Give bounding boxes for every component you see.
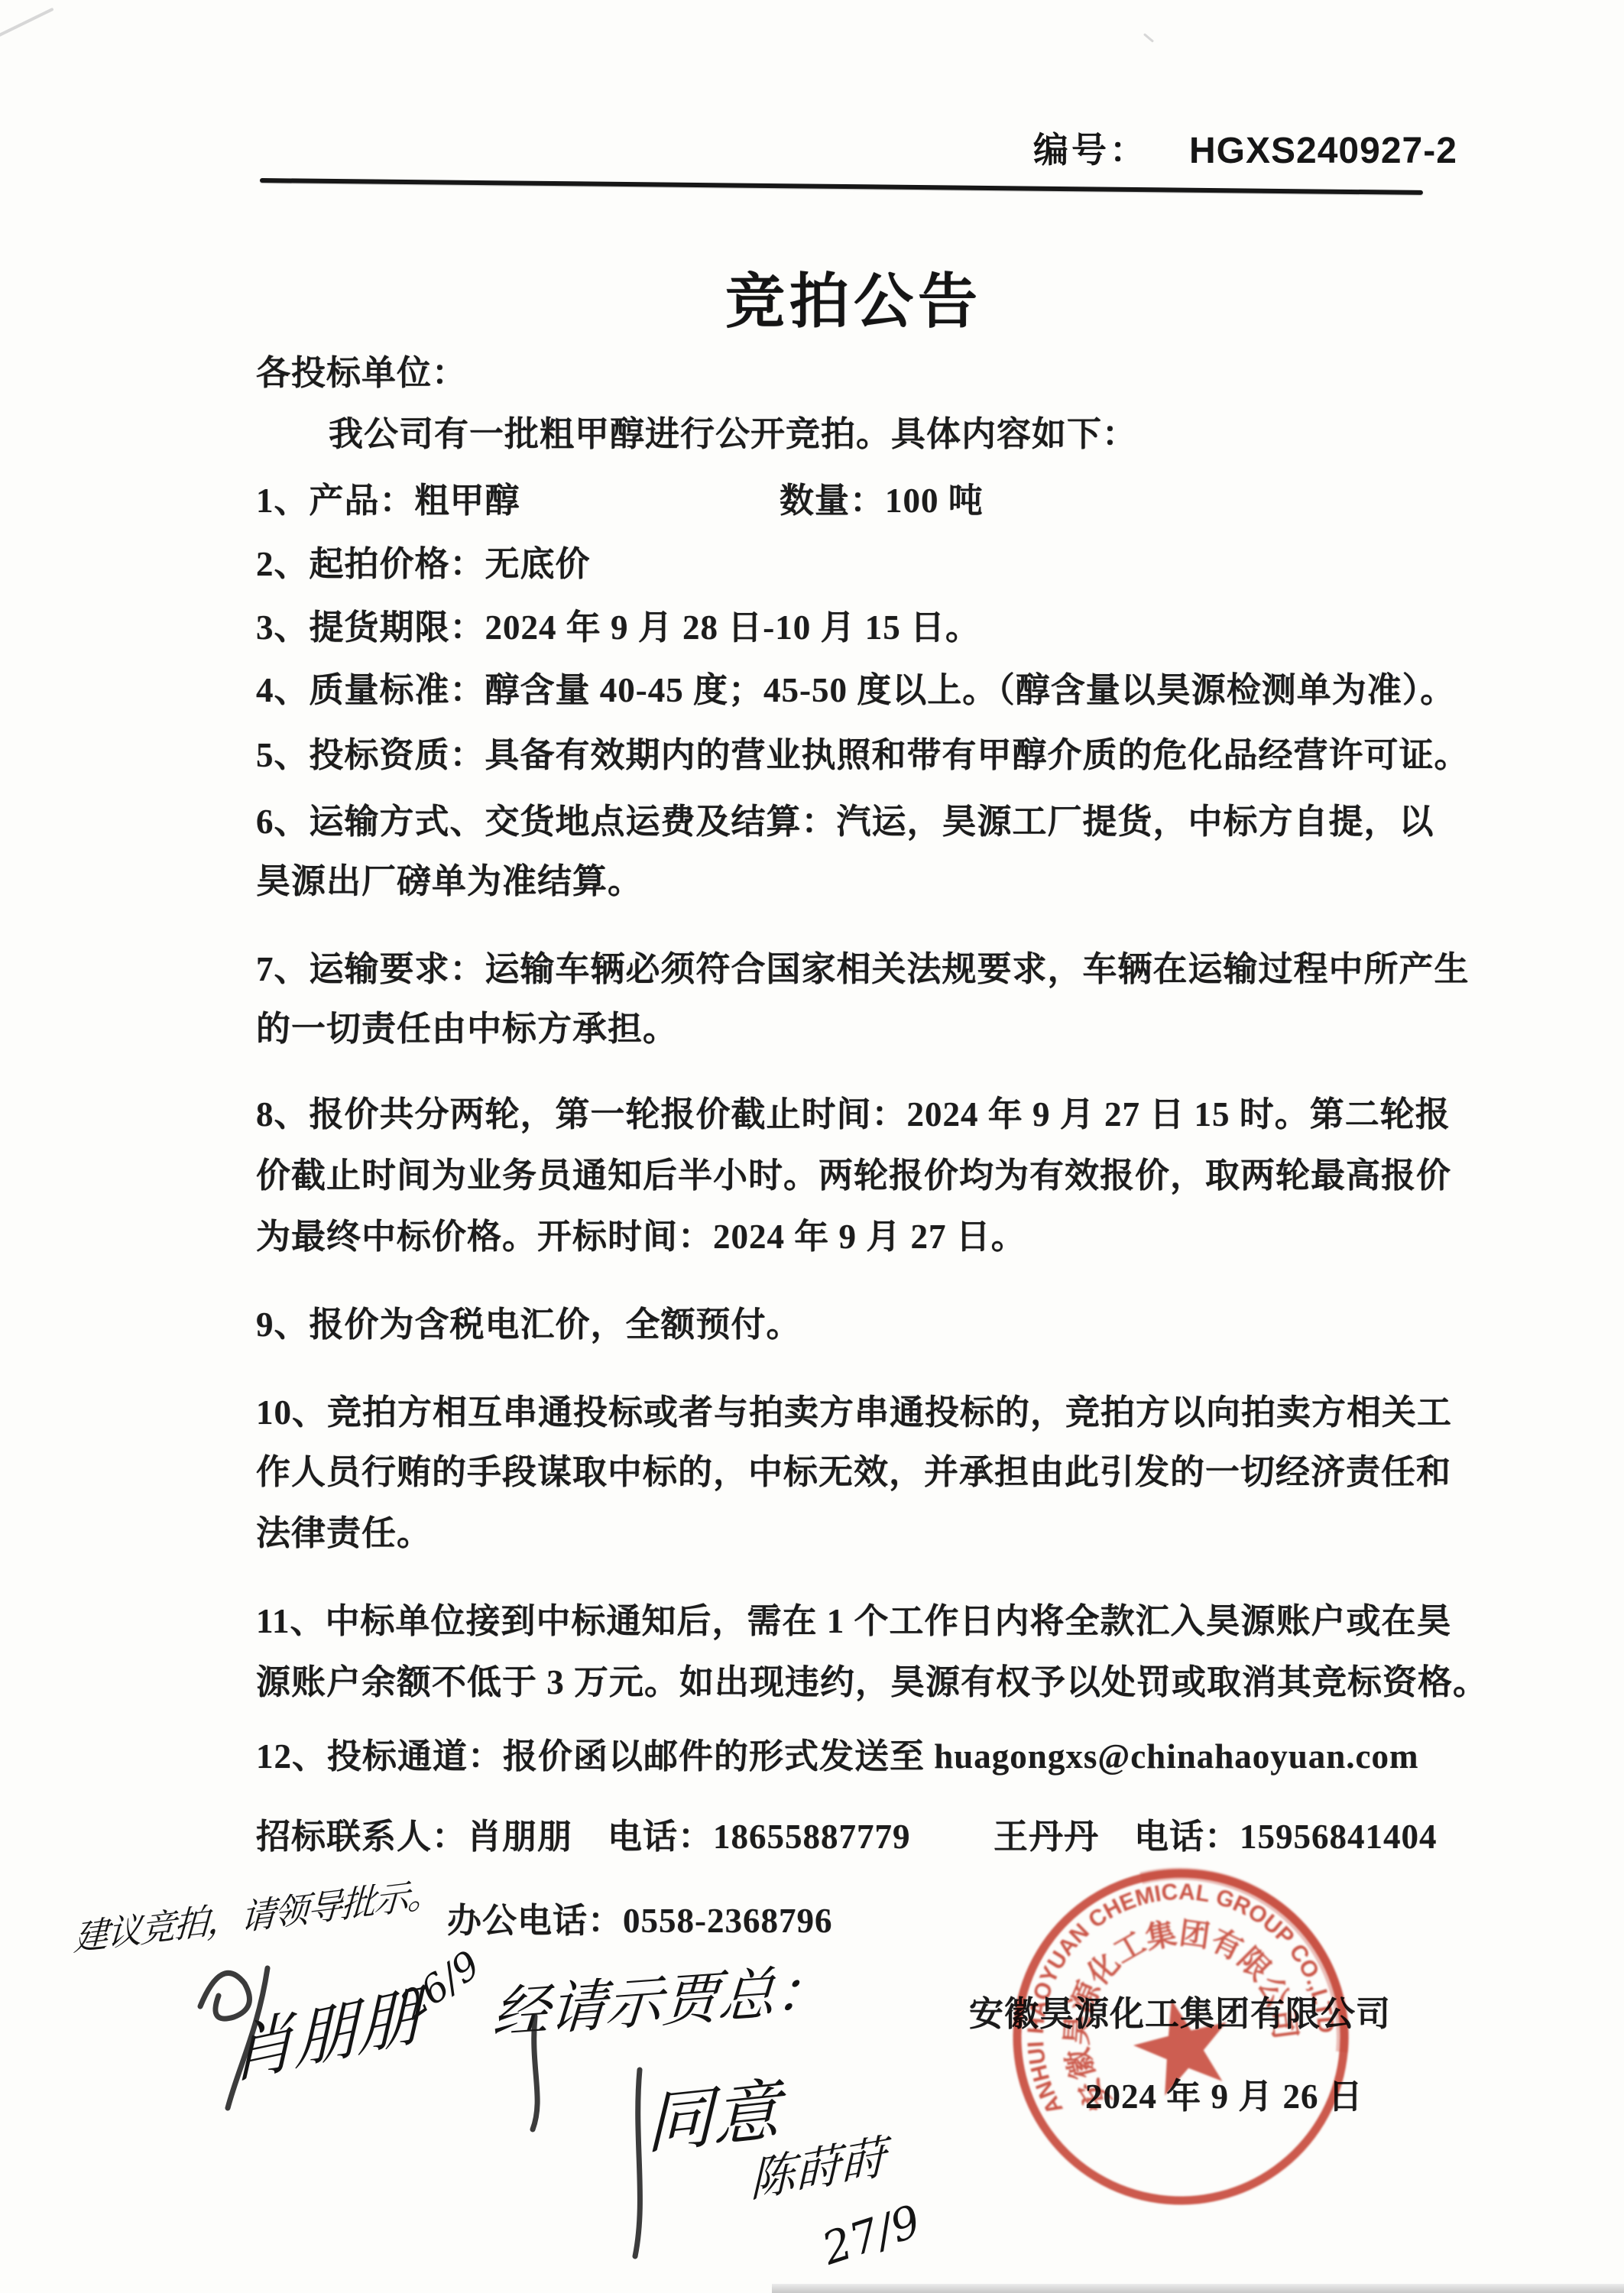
item-11-payment-line-1: 11、中标单位接到中标通知后，需在 1 个工作日内将全款汇入昊源账户或在昊 — [256, 1600, 1452, 1643]
item-8-rounds-line-1: 8、报价共分两轮，第一轮报价截止时间：2024 年 9 月 27 日 15 时。… — [256, 1093, 1451, 1136]
contact-primary: 招标联系人：肖朋朋 电话：18655887779 — [256, 1815, 911, 1858]
item-3-pickup-period: 3、提货期限：2024 年 9 月 28 日-10 月 15 日。 — [256, 606, 981, 649]
item-12-bid-channel: 12、投标通道：报价函以邮件的形式发送至 huagongxs@chinahaoy… — [256, 1735, 1419, 1778]
item-2-start-price: 2、起拍价格：无底价 — [256, 543, 591, 585]
item-10-collusion-line-2: 作人员行贿的手段谋取中标的，中标无效，并承担由此引发的一切经济责任和 — [256, 1451, 1451, 1494]
item-7-requirements-line-1: 7、运输要求：运输车辆必须符合国家相关法规要求，车辆在运输过程中所产生 — [256, 948, 1470, 991]
ref-number-label: 编号： — [1033, 131, 1148, 170]
item-8-rounds-line-3: 为最终中标价格。开标时间：2024 年 9 月 27 日。 — [256, 1215, 1026, 1258]
office-phone: 办公电话：0558-2368796 — [447, 1899, 833, 1942]
star-icon — [1125, 1988, 1240, 2100]
item-1-product: 1、产品：粗甲醇 — [256, 479, 520, 522]
ref-number-value: HGXS240927-2 — [1189, 131, 1457, 172]
handwritten-signature-xiao: 肖朋朋 — [232, 1962, 420, 2097]
handwritten-date-27-9: 27/9 — [816, 2195, 927, 2275]
item-9-price-terms: 9、报价为含税电汇价，全额预付。 — [256, 1303, 802, 1346]
item-4-quality-standard: 4、质量标准：醇含量 40-45 度；45-50 度以上。（醇含量以昊源检测单为… — [256, 669, 1455, 712]
scan-artifact-top-left — [0, 8, 54, 38]
item-5-bid-qualification: 5、投标资质：具备有效期内的营业执照和带有甲醇介质的危化品经营许可证。 — [256, 734, 1470, 777]
item-1-quantity: 数量：100 吨 — [780, 479, 984, 522]
scan-artifact-top-center — [1143, 33, 1154, 43]
intro-paragraph: 我公司有一批粗甲醇进行公开竞拍。具体内容如下： — [329, 413, 1137, 456]
item-6-transport-line-1: 6、运输方式、交货地点运费及结算：汽运，昊源工厂提货，中标方自提，以 — [256, 800, 1434, 843]
item-10-collusion-line-1: 10、竞拍方相互串通投标或者与拍卖方串通投标的，竞拍方以向拍卖方相关工 — [256, 1391, 1452, 1434]
page-title: 竞拍公告 — [725, 269, 982, 335]
header-rule — [260, 178, 1423, 195]
item-10-collusion-line-3: 法律责任。 — [256, 1512, 432, 1555]
scanned-document-page: 编号： HGXS240927-2 竞拍公告 各投标单位： 我公司有一批粗甲醇进行… — [0, 0, 1624, 2293]
item-8-rounds-line-2: 价截止时间为业务员通知后半小时。两轮报价均为有效报价，取两轮最高报价 — [256, 1154, 1451, 1197]
handwritten-approval-request: 经请示贾总： — [491, 1944, 835, 2050]
item-11-payment-line-2: 源账户余额不低于 3 万元。如出现违约，昊源有权予以处罚或取消其竞标资格。 — [256, 1661, 1488, 1704]
salutation: 各投标单位： — [256, 352, 467, 394]
item-7-requirements-line-2: 的一切责任由中标方承担。 — [256, 1007, 678, 1050]
scan-edge-shadow — [772, 2284, 1624, 2293]
company-seal-stamp: ANHUI HAOYUAN CHEMICAL GROUP CO.,LTD 安徽昊… — [968, 1824, 1394, 2250]
item-6-transport-line-2: 昊源出厂磅单为准结算。 — [256, 860, 643, 903]
handwritten-recommendation-note: 建议竞拍，请领导批示。 — [73, 1865, 442, 1961]
